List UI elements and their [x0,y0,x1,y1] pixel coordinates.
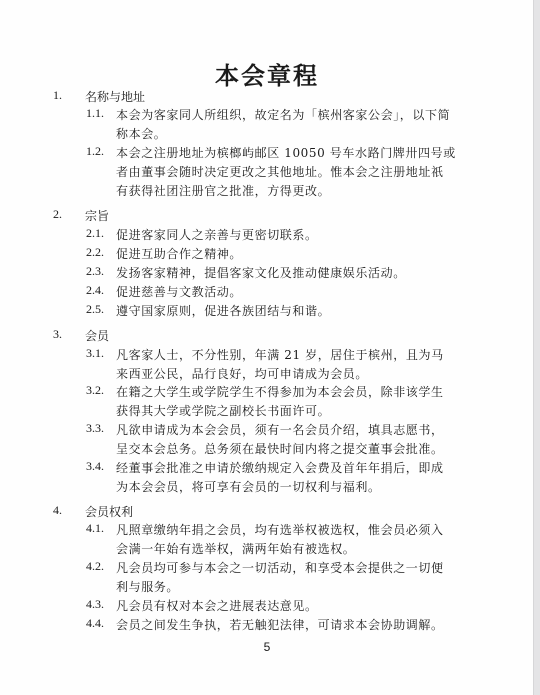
clause-number: 4.3. [86,597,104,612]
clause-text: 本会之注册地址为槟榔屿邮区 10050 号车水路门牌卅四号或者由董事会随时决定更… [116,144,456,201]
clause-number: 2.2. [86,245,104,260]
section-number: 2. [53,207,62,222]
clause-text: 凡会员有权对本会之进展表达意见。 [116,597,456,616]
clause-text: 会员之间发生争执，若无触犯法律，可请求本会协助调解。 [116,616,476,635]
section-title: 会员权利 [85,503,133,520]
clause-number: 4.2. [86,559,104,574]
clause-text: 促进客家同人之亲善与更密切联系。 [116,226,456,245]
clause-number: 3.3. [86,421,104,436]
section-title: 会员 [85,327,109,344]
page-number: 5 [0,640,534,654]
section-number: 4. [53,503,62,518]
clause-text: 经董事会批准之申请於缴纳规定入会费及首年年捐后，即成为本会会员，将可享有会员的一… [116,459,456,497]
clause-number: 4.1. [86,521,104,536]
clause-number: 3.4. [86,459,104,474]
clause-text: 遵守国家原则，促进各族团结与和谐。 [116,302,456,321]
clause-number: 3.2. [86,383,104,398]
clause-text: 促进慈善与文教活动。 [116,283,456,302]
clause-text: 凡客家人士，不分性别，年满 21 岁，居住于槟州，且为马来西亚公民，品行良好，均… [116,346,456,384]
clause-number: 2.3. [86,264,104,279]
section-title: 宗旨 [85,207,109,224]
clause-number: 3.1. [86,346,104,361]
clause-text: 凡会员均可参与本会之一切活动，和享受本会提供之一切便利与服务。 [116,559,456,597]
clause-text: 凡照章缴纳年捐之会员，均有选举权被选权，惟会员必须入会满一年始有选举权，满两年始… [116,521,456,559]
clause-text: 凡欲申请成为本会会员，须有一名会员介绍，填具志愿书，呈交本会总务。总务须在最快时… [116,421,456,459]
clause-number: 1.1. [86,106,104,121]
clause-text: 促进互助合作之精神。 [116,245,456,264]
section-title: 名称与地址 [85,88,145,105]
clause-text: 本会为客家同人所组织，故定名为「槟州客家公会」，以下简称本会。 [116,106,456,144]
clause-number: 2.1. [86,226,104,241]
clause-number: 1.2. [86,144,104,159]
document-page: 本会章程 1. 名称与地址 1.1. 本会为客家同人所组织，故定名为「槟州客家公… [0,0,534,695]
clause-text: 发扬客家精神，提倡客家文化及推动健康娱乐活动。 [116,264,496,283]
clause-number: 4.4. [86,616,104,631]
section-number: 3. [53,327,62,342]
document-title: 本会章程 [0,56,534,91]
section-number: 1. [53,88,62,103]
clause-number: 2.4. [86,283,104,298]
page-edge-scrollbar [533,0,540,695]
clause-text: 在籍之大学生或学院学生不得参加为本会会员，除非该学生获得其大学或学院之副校长书面… [116,383,456,421]
clause-number: 2.5. [86,302,104,317]
